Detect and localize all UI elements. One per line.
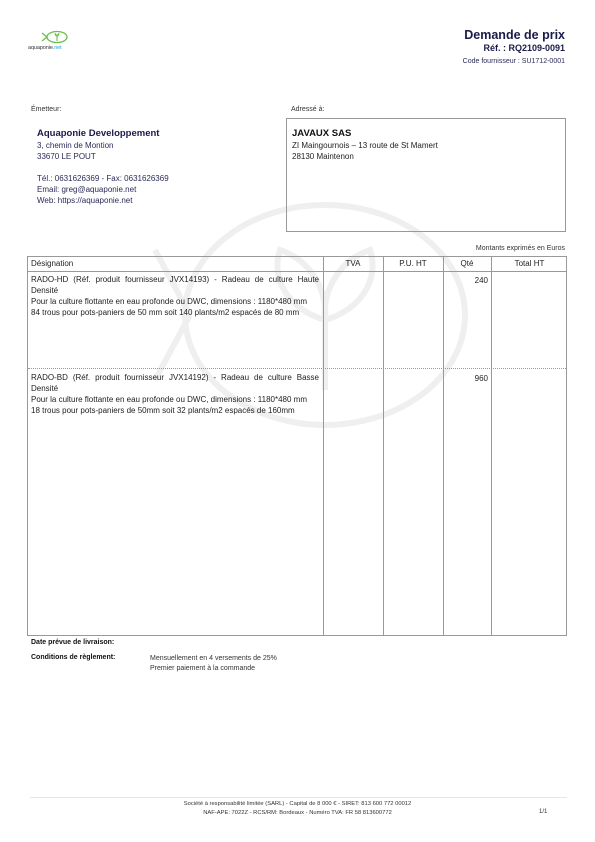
item-title: RADO-HD (Réf. produit fournisseur JVX141… bbox=[31, 274, 319, 296]
company-logo: aquaponie.net bbox=[28, 30, 88, 56]
item-qty: 240 bbox=[448, 276, 488, 285]
column-divider bbox=[383, 257, 384, 635]
payment-terms-line1: Mensuellement en 4 versements de 25% bbox=[150, 654, 277, 664]
payment-terms-line2: Premier paiement à la commande bbox=[150, 664, 277, 674]
column-header-total: Total HT bbox=[491, 257, 568, 271]
column-header-unit-price: P.U. HT bbox=[383, 257, 443, 271]
item-details: 18 trous pour pots-paniers de 50mm soit … bbox=[31, 405, 319, 416]
table-row: RADO-HD (Réf. produit fournisseur JVX141… bbox=[31, 274, 319, 318]
sender-name: Aquaponie Developpement bbox=[37, 128, 169, 140]
sender-address-line1: 3, chemin de Montion bbox=[37, 140, 169, 151]
document-header: Demande de prix Réf. : RQ2109-0091 Code … bbox=[463, 28, 565, 68]
items-table: Désignation TVA P.U. HT Qté Total HT RAD… bbox=[27, 256, 567, 636]
payment-terms-value: Mensuellement en 4 versements de 25% Pre… bbox=[150, 654, 277, 674]
recipient-address-line2: 28130 Maintenon bbox=[292, 151, 438, 162]
column-header-qty: Qté bbox=[443, 257, 491, 271]
table-row: RADO-BD (Réf. produit fournisseur JVX141… bbox=[31, 372, 319, 416]
recipient-address-line1: ZI Maingournois – 13 route de St Mamert bbox=[292, 140, 438, 151]
column-divider bbox=[323, 257, 324, 635]
sender-phone-fax: Tél.: 0631626369 - Fax: 0631626369 bbox=[37, 173, 169, 184]
payment-terms-label: Conditions de règlement: bbox=[31, 654, 115, 661]
recipient-label: Adressé à: bbox=[291, 106, 324, 113]
fish-sprout-icon bbox=[40, 30, 70, 44]
legal-footer-line2: NAF-APE: 7022Z - RCS/RM: Bordeaux - Numé… bbox=[0, 809, 595, 818]
sender-email[interactable]: Email: greg@aquaponie.net bbox=[37, 184, 169, 195]
column-header-vat: TVA bbox=[323, 257, 383, 271]
logo-wordmark: aquaponie.net bbox=[28, 45, 62, 51]
supplier-code: Code fournisseur : SU1712-0001 bbox=[463, 56, 565, 68]
recipient-address-box: JAVAUX SAS ZI Maingournois – 13 route de… bbox=[286, 118, 566, 232]
item-description: Pour la culture flottante en eau profond… bbox=[31, 394, 319, 405]
sender-address-line2: 33670 LE POUT bbox=[37, 151, 169, 162]
item-description: Pour la culture flottante en eau profond… bbox=[31, 296, 319, 307]
footer-divider bbox=[30, 797, 567, 798]
document-title: Demande de prix bbox=[463, 28, 565, 42]
sender-address-block: Aquaponie Developpement 3, chemin de Mon… bbox=[37, 128, 169, 206]
recipient-name: JAVAUX SAS bbox=[292, 128, 438, 140]
sender-website[interactable]: Web: https://aquaponie.net bbox=[37, 195, 169, 206]
column-header-designation: Désignation bbox=[31, 257, 73, 271]
page-number: 1/1 bbox=[539, 809, 547, 815]
delivery-date-label: Date prévue de livraison: bbox=[31, 639, 114, 646]
document-reference: Réf. : RQ2109-0091 bbox=[463, 42, 565, 54]
legal-footer: Société à responsabilité limitée (SARL) … bbox=[0, 800, 595, 818]
item-qty: 960 bbox=[448, 374, 488, 383]
column-divider bbox=[443, 257, 444, 635]
item-details: 84 trous pour pots-paniers de 50 mm soit… bbox=[31, 307, 319, 318]
item-title: RADO-BD (Réf. produit fournisseur JVX141… bbox=[31, 372, 319, 394]
legal-footer-line1: Société à responsabilité limitée (SARL) … bbox=[0, 800, 595, 809]
sender-label: Émetteur: bbox=[31, 106, 61, 113]
column-divider bbox=[491, 257, 492, 635]
currency-note: Montants exprimés en Euros bbox=[476, 245, 565, 252]
